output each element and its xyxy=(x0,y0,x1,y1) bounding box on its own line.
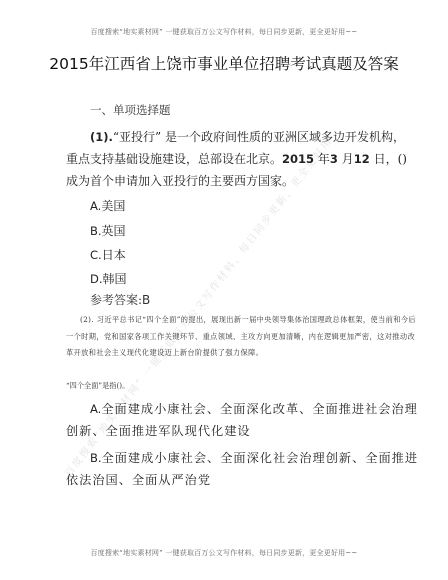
option-b: B.英国 xyxy=(90,222,126,239)
page-title: 2015年江西省上饶市事业单位招聘考试真题及答案 xyxy=(20,54,428,75)
question-number: (1). xyxy=(90,130,113,144)
question-1: (1).“亚投行” 是一个政府间性质的亚洲区域多边开发机构，重点支持基础设施建设… xyxy=(66,126,416,192)
question-2-prompt: “四个全面”是指()。 xyxy=(66,381,129,391)
option-a: A.美国 xyxy=(90,197,125,214)
option-c: C.日本 xyxy=(90,246,126,263)
section-heading: 一、单项选择题 xyxy=(90,102,171,118)
header-banner: 百度搜索“地实素材网” 一键获取百万公文写作材料，每日同步更新，更全更好用~~ xyxy=(0,27,448,37)
question-2: (2). 习近平总书记“四个全面”的提出，展现出新一届中央领导集体治国理政总体框… xyxy=(66,312,416,362)
reference-answer: 参考答案:B xyxy=(90,291,150,308)
q2-option-a: A.全面建成小康社会、全面深化改革、全面推进社会治理创新、全面推进军队现代化建设 xyxy=(66,398,422,442)
option-d: D.韩国 xyxy=(90,270,127,287)
q2-option-b: B.全面建成小康社会、全面深化社会治理创新、全面推进依法治国、全面从严治党 xyxy=(66,447,422,491)
footer-banner: 百度搜索“地实素材网” 一键获取百万公文写作材料，每日同步更新，更全更好用~~ xyxy=(0,548,448,558)
